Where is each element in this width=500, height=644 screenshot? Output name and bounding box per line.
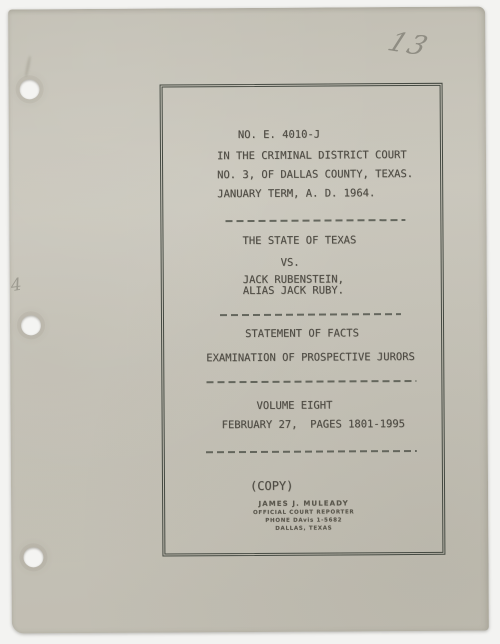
handwritten-page-number: 13: [383, 27, 433, 62]
subject-title-line: STATEMENT OF FACTS: [245, 328, 359, 340]
punch-hole-middle: [21, 315, 41, 335]
dashed-separator: [206, 450, 417, 453]
reporter-city: DALLAS, TEXAS: [165, 524, 442, 534]
court-county-line: NO. 3, OF DALLAS COUNTY, TEXAS.: [217, 169, 413, 181]
plaintiff-line: THE STATE OF TEXAS: [242, 235, 356, 247]
copy-label: (COPY): [250, 481, 293, 492]
court-reporter-stamp: JAMES J. MULEADY OFFICIAL COURT REPORTER…: [165, 499, 442, 534]
dashed-separator: [206, 380, 416, 383]
date-pages-line: FEBRUARY 27, PAGES 1801-1995: [222, 419, 405, 431]
paper-sheet: 13 4 NO. E. 4010-J IN THE CRIMINAL DISTR…: [8, 7, 489, 634]
term-line: JANUARY TERM, A. D. 1964.: [217, 188, 375, 200]
scanned-document-view: 13 4 NO. E. 4010-J IN THE CRIMINAL DISTR…: [0, 0, 500, 644]
volume-line: VOLUME EIGHT: [256, 400, 332, 411]
alias-line: ALIAS JACK RUBY.: [243, 285, 344, 297]
case-number-line: NO. E. 4010-J: [238, 130, 320, 142]
punch-hole-top: [20, 79, 40, 99]
cover-border-box: NO. E. 4010-J IN THE CRIMINAL DISTRICT C…: [160, 83, 446, 557]
pencil-smudge: [24, 55, 31, 77]
punch-hole-bottom: [23, 547, 43, 567]
subject-subtitle-line: EXAMINATION OF PROSPECTIVE JURORS: [206, 352, 415, 364]
versus-line: VS.: [281, 258, 300, 269]
dashed-separator: [220, 313, 401, 316]
handwritten-margin-mark: 4: [9, 275, 23, 296]
court-name-line: IN THE CRIMINAL DISTRICT COURT: [217, 150, 407, 162]
dashed-separator: [225, 219, 405, 222]
